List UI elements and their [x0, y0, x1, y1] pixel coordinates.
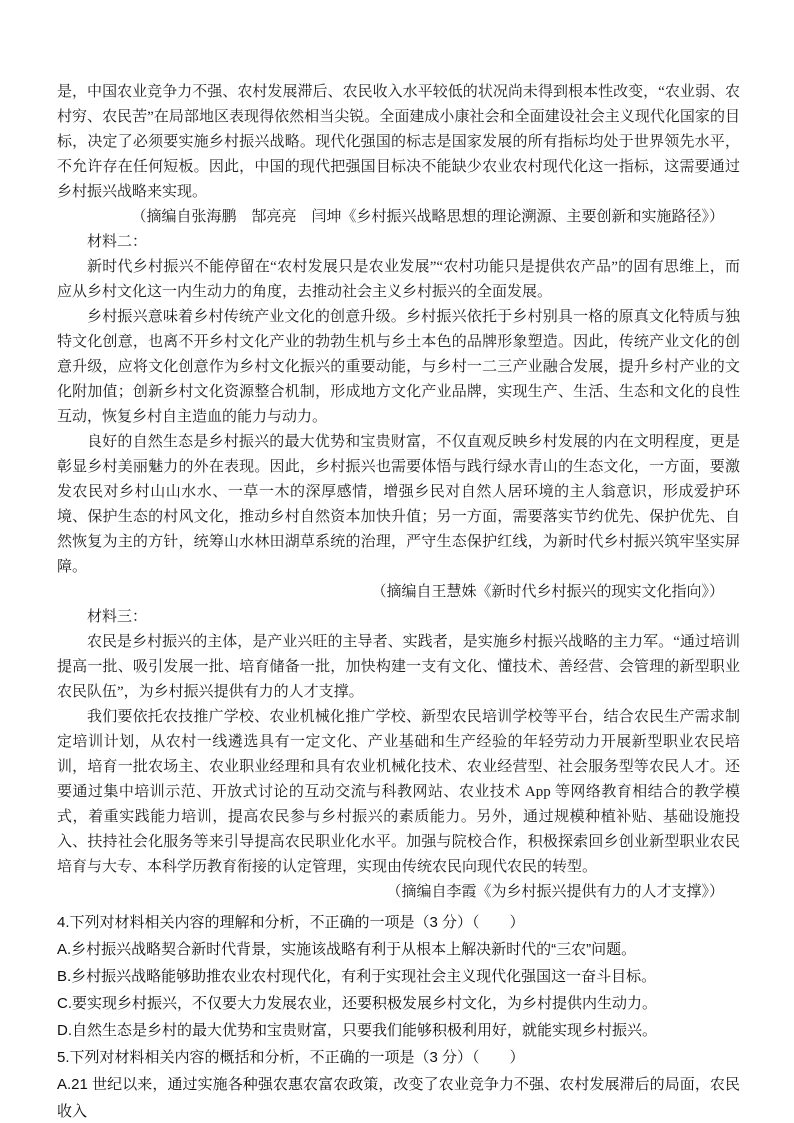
material-two-paragraph-2: 乡村振兴意味着乡村传统产业文化的创意升级。乡村振兴依托于乡村别具一格的原真文化特… [57, 305, 740, 430]
question-4-option-a: A.乡村振兴战略契合新时代背景，实施该战略有利于从根本上解决新时代的“三农”问题… [57, 936, 740, 963]
questions-section: 4.下列对材料相关内容的理解和分析，不正确的一项是（3 分）（ ） A.乡村振兴… [57, 909, 740, 1123]
question-4: 4.下列对材料相关内容的理解和分析，不正确的一项是（3 分）（ ） A.乡村振兴… [57, 909, 740, 1044]
material-three-citation: （摘编自李霞《为乡村振兴提供有力的人才支撑》） [57, 880, 740, 905]
question-4-option-b: B.乡村振兴战略能够助推农业农村现代化，有利于实现社会主义现代化强国这一奋斗目标… [57, 963, 740, 990]
document-page: 是，中国农业竞争力不强、农村发展滞后、农民收入水平较低的状况尚未得到根本性改变，… [0, 0, 794, 1123]
material-two-paragraph-1: 新时代乡村振兴不能停留在“农村发展只是农业发展”“农村功能只是提供农产品”的固有… [57, 255, 740, 305]
question-4-option-c: C.要实现乡村振兴，不仅要大力发展农业，还要积极发展乡村文化，为乡村提供内生动力… [57, 990, 740, 1017]
question-4-stem: 4.下列对材料相关内容的理解和分析，不正确的一项是（3 分）（ ） [57, 909, 740, 936]
material-three-paragraph-1: 农民是乡村振兴的主体，是产业兴旺的主导者、实践者，是实施乡村振兴战略的主力军。“… [57, 630, 740, 705]
material-two: 材料二： 新时代乡村振兴不能停留在“农村发展只是农业发展”“农村功能只是提供农产… [57, 230, 740, 605]
material-one-paragraph: 是，中国农业竞争力不强、农村发展滞后、农民收入水平较低的状况尚未得到根本性改变，… [57, 80, 740, 205]
material-three: 材料三： 农民是乡村振兴的主体，是产业兴旺的主导者、实践者，是实施乡村振兴战略的… [57, 605, 740, 905]
material-three-label: 材料三： [57, 605, 740, 630]
question-5: 5.下列对材料相关内容的概括和分析，不正确的一项是（3 分）（ ） A.21 世… [57, 1044, 740, 1123]
material-one-continuation: 是，中国农业竞争力不强、农村发展滞后、农民收入水平较低的状况尚未得到根本性改变，… [57, 80, 740, 230]
question-5-option-a-partial: A.21 世纪以来，通过实施各种强农惠农富农政策，改变了农业竞争力不强、农村发展… [57, 1071, 740, 1123]
material-two-paragraph-3: 良好的自然生态是乡村振兴的最大优势和宝贵财富，不仅直观反映乡村发展的内在文明程度… [57, 430, 740, 580]
material-one-citation: （摘编自张海鹏 郜亮亮 闫坤《乡村振兴战略思想的理论溯源、主要创新和实施路径》） [57, 205, 740, 230]
material-two-citation: （摘编自王慧姝《新时代乡村振兴的现实文化指向》） [57, 580, 740, 605]
question-5-stem: 5.下列对材料相关内容的概括和分析，不正确的一项是（3 分）（ ） [57, 1044, 740, 1071]
material-three-paragraph-2: 我们要依托农技推广学校、农业机械化推广学校、新型农民培训学校等平台，结合农民生产… [57, 705, 740, 880]
question-4-option-d: D.自然生态是乡村的最大优势和宝贵财富，只要我们能够积极利用好，就能实现乡村振兴… [57, 1017, 740, 1044]
material-two-label: 材料二： [57, 230, 740, 255]
